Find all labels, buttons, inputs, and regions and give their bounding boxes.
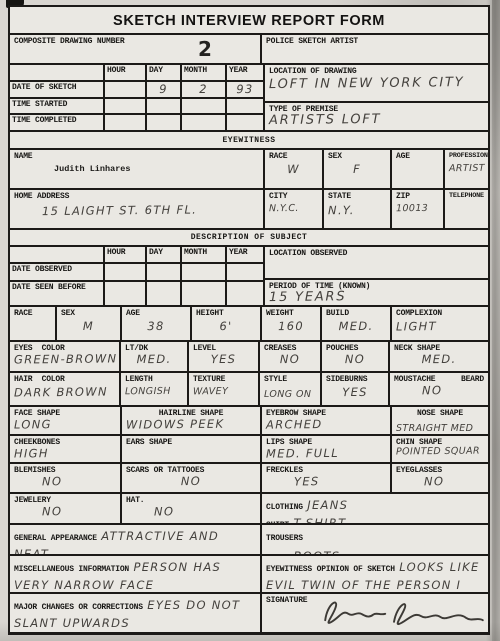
- composite-drawing-number-cell: COMPOSITE DRAWING NUMBER 2: [10, 35, 262, 63]
- eyebrow-shape-cell: EYEBROW SHAPE ARCHED: [262, 407, 392, 434]
- profession-cell: PROFESSION ARTIST: [445, 150, 488, 188]
- witness-sex-cell: SEX F: [324, 150, 392, 188]
- face-shape-row: FACE SHAPE LONG HAIRLINE SHAPE WIDOWS PE…: [10, 407, 488, 436]
- cheekbones-row: CHEEKBONES HIGH EARS SHAPE LIPS SHAPE ME…: [10, 436, 488, 464]
- hair-length-cell: LENGTH LONGISH: [121, 373, 189, 405]
- observed-day-header: DAY: [147, 247, 182, 262]
- period-of-time-value: 15 YEARS: [269, 290, 484, 304]
- location-of-drawing-value: LOFT IN NEW YORK CITY: [269, 77, 484, 91]
- year-header: YEAR: [227, 65, 263, 80]
- time-started-row: TIME STARTED: [10, 99, 263, 115]
- date-of-sketch-label-cell: DATE OF SKETCH: [10, 82, 105, 97]
- major-changes-cell: MAJOR CHANGES OR CORRECTIONS EYES DO NOT…: [10, 594, 262, 632]
- date-seen-before-hour: [105, 282, 147, 305]
- hair-texture-value: WAVEY: [193, 387, 254, 398]
- pouches-value: NO: [326, 353, 384, 366]
- general-appearance-row: GENERAL APPEARANCE ATTRACTIVE AND NEAT T…: [10, 525, 488, 556]
- scars-tattoos-cell: SCARS OR TATTOOES NO: [122, 464, 262, 492]
- eyeglasses-cell: EYEGLASSES NO: [392, 464, 488, 492]
- hair-color-cell: HAIR COLOR DARK BROWN: [10, 373, 121, 405]
- location-observed-period-cell: LOCATION OBSERVED PERIOD OF TIME (KNOWN)…: [265, 247, 488, 305]
- witness-race-value: W: [269, 163, 318, 176]
- hair-style-value: LONG ON TOP: [264, 389, 311, 405]
- date-of-sketch-day: 9: [147, 82, 182, 97]
- witness-age-cell: AGE: [392, 150, 445, 188]
- witness-sex-value: F: [328, 163, 386, 176]
- home-address-cell: HOME ADDRESS 15 LAIGHT ST. 6TH FL.: [10, 190, 265, 228]
- date-observed-label-cell: DATE OBSERVED: [10, 264, 105, 280]
- sketch-interview-report-form: SKETCH INTERVIEW REPORT FORM COMPOSITE D…: [8, 5, 490, 635]
- type-of-premise-value: ARTISTS LOFT: [269, 113, 484, 127]
- pouches-cell: POUCHES NO: [322, 342, 390, 371]
- location-observed-cell: LOCATION OBSERVED: [265, 247, 488, 280]
- height-value: 6': [196, 320, 256, 333]
- hour-header: HOUR: [105, 65, 147, 80]
- blemishes-cell: BLEMISHES NO: [10, 464, 122, 492]
- eyes-color-value: GREEN-BROWN: [14, 352, 115, 365]
- lips-shape-value: MED. FULL: [266, 446, 386, 459]
- moustache-value: NO: [422, 384, 484, 397]
- sketch-date-row: HOUR DAY MONTH YEAR DATE OF SKETCH 9 2 9…: [10, 65, 488, 132]
- subject-sex-value: M: [61, 320, 116, 333]
- jewelery-cell: JEWELERY NO: [10, 494, 122, 523]
- home-address-value: 15 LAIGHT ST. 6TH FL.: [42, 203, 259, 217]
- subject-age-value: 38: [126, 320, 186, 333]
- eyeglasses-value: NO: [424, 475, 484, 488]
- blemishes-value: NO: [42, 475, 116, 488]
- creases-cell: CREASES NO: [260, 342, 322, 371]
- time-completed-row: TIME COMPLETED: [10, 115, 263, 130]
- name-label: NAME: [14, 152, 259, 161]
- trousers-shoes-cell: TROUSERS SHOES BOOTS: [262, 525, 488, 554]
- composite-drawing-number-label: COMPOSITE DRAWING NUMBER: [14, 37, 256, 46]
- lt-dk-cell: LT/DK MED.: [121, 342, 189, 371]
- zip-cell: ZIP 10013: [392, 190, 445, 228]
- scanned-page-background: SKETCH INTERVIEW REPORT FORM COMPOSITE D…: [0, 0, 500, 641]
- day-header: DAY: [147, 65, 182, 80]
- eyes-row: EYES COLOR GREEN-BROWN LT/DK MED. LEVEL …: [10, 342, 488, 373]
- eyewitness-heading-row: EYEWITNESS: [10, 132, 488, 150]
- subject-race-cell: RACE: [10, 307, 57, 340]
- eyewitness-name-row: NAME Judith Linhares RACE W SEX F AGE PR…: [10, 150, 488, 190]
- description-heading-row: DESCRIPTION OF SUBJECT: [10, 230, 488, 247]
- date-seen-before-label-cell: DATE SEEN BEFORE: [10, 282, 105, 305]
- height-cell: HEIGHT 6': [192, 307, 262, 340]
- clothing-shirt-cell: CLOTHING JEANS SHIRT T-SHIRT: [262, 494, 488, 523]
- observed-header-spacer: [10, 247, 105, 262]
- observed-date-row: HOUR DAY MONTH YEAR DATE OBSERVED DATE S…: [10, 247, 488, 307]
- level-cell: LEVEL YES: [189, 342, 260, 371]
- hair-texture-cell: TEXTURE WAVEY: [189, 373, 260, 405]
- weight-cell: WEIGHT 160: [262, 307, 322, 340]
- observed-hour-header: HOUR: [105, 247, 147, 262]
- signature-handwriting: [314, 596, 486, 630]
- observed-header-row: HOUR DAY MONTH YEAR: [10, 247, 263, 264]
- complexion-value: LIGHT: [396, 320, 484, 333]
- nose-shape-cell: NOSE SHAPE STRAIGHT MED NARROW: [392, 407, 488, 434]
- eyewitness-opinion-cell: EYEWITNESS OPINION OF SKETCH LOOKS LIKE …: [262, 556, 488, 592]
- date-observed-year: [227, 264, 263, 280]
- neck-shape-cell: NECK SHAPE MED.: [390, 342, 488, 371]
- location-premise-stack: LOCATION OF DRAWING LOFT IN NEW YORK CIT…: [265, 65, 488, 130]
- build-value: MED.: [326, 320, 386, 333]
- hair-length-value: LONGISH: [125, 387, 183, 398]
- hat-value: NO: [154, 504, 256, 517]
- name-cell: NAME Judith Linhares: [10, 150, 265, 188]
- time-completed-day: [147, 115, 182, 130]
- freckles-value: YES: [294, 475, 386, 488]
- time-completed-year: [227, 115, 263, 130]
- shoes-line: SHOES BOOTS: [266, 547, 484, 554]
- subject-age-cell: AGE 38: [122, 307, 192, 340]
- date-of-sketch-month: 2: [182, 82, 227, 97]
- location-of-drawing-cell: LOCATION OF DRAWING LOFT IN NEW YORK CIT…: [265, 65, 488, 103]
- clothing-value: JEANS: [307, 498, 348, 512]
- cheekbones-value: HIGH: [14, 446, 116, 459]
- date-observed-hour: [105, 264, 147, 280]
- observed-year-header: YEAR: [227, 247, 263, 262]
- zip-value: 10013: [396, 204, 439, 214]
- police-sketch-artist-cell: POLICE SKETCH ARTIST: [262, 35, 488, 63]
- title-row: SKETCH INTERVIEW REPORT FORM: [10, 7, 488, 35]
- sideburns-value: YES: [326, 386, 384, 399]
- sketch-date-table-stack: HOUR DAY MONTH YEAR DATE OF SKETCH 9 2 9…: [10, 65, 263, 130]
- trousers-line: TROUSERS: [266, 527, 484, 545]
- scars-tattoos-value: NO: [126, 474, 256, 487]
- city-cell: CITY N.Y.C.: [265, 190, 324, 228]
- clothing-line: CLOTHING JEANS: [266, 496, 484, 514]
- shirt-value: T-SHIRT: [293, 516, 346, 523]
- shoes-value: BOOTS: [293, 549, 340, 554]
- chin-shape-cell: CHIN SHAPE POINTED SQUAR: [392, 436, 488, 462]
- eyes-color-cell: EYES COLOR GREEN-BROWN: [10, 342, 121, 371]
- time-started-hour: [105, 99, 147, 113]
- period-of-time-cell: PERIOD OF TIME (KNOWN) 15 YEARS: [265, 280, 488, 305]
- ears-shape-cell: EARS SHAPE: [122, 436, 262, 462]
- time-started-label-cell: TIME STARTED: [10, 99, 105, 113]
- hairline-shape-cell: HAIRLINE SHAPE WIDOWS PEEK: [122, 407, 262, 434]
- date-header-spacer: [10, 65, 105, 80]
- form-title: SKETCH INTERVIEW REPORT FORM: [10, 7, 488, 33]
- major-changes-signature-row: MAJOR CHANGES OR CORRECTIONS EYES DO NOT…: [10, 594, 488, 632]
- state-value: N.Y.: [328, 204, 386, 217]
- date-seen-before-month: [182, 282, 227, 305]
- date-of-sketch-row: DATE OF SKETCH 9 2 93: [10, 82, 263, 99]
- face-shape-value: LONG: [14, 417, 116, 430]
- level-value: YES: [193, 353, 254, 366]
- freckles-cell: FRECKLES YES: [262, 464, 392, 492]
- miscellaneous-information-cell: MISCELLANEOUS INFORMATION PERSON HAS VER…: [10, 556, 262, 592]
- date-of-sketch-year: 93: [227, 82, 263, 97]
- hat-cell: HAT. NO: [122, 494, 262, 523]
- build-cell: BUILD MED.: [322, 307, 392, 340]
- date-of-sketch-hour: [105, 82, 147, 97]
- sketch-date-table: HOUR DAY MONTH YEAR DATE OF SKETCH 9 2 9…: [10, 65, 265, 130]
- complexion-cell: COMPLEXION LIGHT: [392, 307, 488, 340]
- subject-sex-cell: SEX M: [57, 307, 122, 340]
- date-observed-month: [182, 264, 227, 280]
- jewelery-value: NO: [42, 505, 116, 518]
- composite-artist-row: COMPOSITE DRAWING NUMBER 2 POLICE SKETCH…: [10, 35, 488, 65]
- lips-shape-cell: LIPS SHAPE MED. FULL: [262, 436, 392, 462]
- observed-month-header: MONTH: [182, 247, 227, 262]
- type-of-premise-cell: TYPE OF PREMISE ARTISTS LOFT: [265, 103, 488, 130]
- lt-dk-value: MED.: [125, 353, 183, 366]
- face-shape-cell: FACE SHAPE LONG: [10, 407, 122, 434]
- date-observed-day: [147, 264, 182, 280]
- location-observed-stack: LOCATION OBSERVED PERIOD OF TIME (KNOWN)…: [265, 247, 488, 305]
- profession-value: ARTIST: [449, 164, 484, 174]
- eyewitness-section-heading: EYEWITNESS: [10, 132, 488, 148]
- observed-date-stack: HOUR DAY MONTH YEAR DATE OBSERVED DATE S…: [10, 247, 263, 305]
- state-cell: STATE N.Y.: [324, 190, 392, 228]
- name-value: Judith Linhares: [54, 164, 259, 174]
- hair-style-cell: STYLE LONG ON TOP: [260, 373, 322, 405]
- sideburns-cell: SIDEBURNS YES: [322, 373, 390, 405]
- general-appearance-cell: GENERAL APPEARANCE ATTRACTIVE AND NEAT: [10, 525, 262, 554]
- date-seen-before-row: DATE SEEN BEFORE: [10, 282, 263, 305]
- weight-value: 160: [266, 320, 316, 333]
- month-header: MONTH: [182, 65, 227, 80]
- home-address-row: HOME ADDRESS 15 LAIGHT ST. 6TH FL. CITY …: [10, 190, 488, 230]
- location-premise-cell: LOCATION OF DRAWING LOFT IN NEW YORK CIT…: [265, 65, 488, 130]
- police-sketch-artist-label: POLICE SKETCH ARTIST: [266, 37, 484, 46]
- date-header-row: HOUR DAY MONTH YEAR: [10, 65, 263, 82]
- date-seen-before-day: [147, 282, 182, 305]
- signature-cell: SIGNATURE: [262, 594, 488, 632]
- telephone-cell: TELEPHONE: [445, 190, 488, 228]
- eyebrow-shape-value: ARCHED: [266, 417, 386, 430]
- witness-race-cell: RACE W: [265, 150, 324, 188]
- time-completed-label-cell: TIME COMPLETED: [10, 115, 105, 130]
- time-completed-month: [182, 115, 227, 130]
- cheekbones-cell: CHEEKBONES HIGH: [10, 436, 122, 462]
- shirt-line: SHIRT T-SHIRT: [266, 514, 484, 523]
- date-observed-row: DATE OBSERVED: [10, 264, 263, 282]
- description-section-heading: DESCRIPTION OF SUBJECT: [10, 230, 488, 245]
- city-value: N.Y.C.: [269, 204, 318, 215]
- moustache-beard-cell: MOUSTACHE BEARD NO: [390, 373, 488, 405]
- chin-shape-value: POINTED SQUAR: [396, 447, 484, 458]
- nose-shape-value: STRAIGHT MED NARROW: [396, 423, 473, 434]
- time-started-month: [182, 99, 227, 113]
- creases-value: NO: [264, 353, 316, 366]
- observed-date-table: HOUR DAY MONTH YEAR DATE OBSERVED DATE S…: [10, 247, 265, 305]
- blemishes-row: BLEMISHES NO SCARS OR TATTOOES NO FRECKL…: [10, 464, 488, 494]
- physical-stats-row: RACE SEX M AGE 38 HEIGHT 6' WEIGHT 160 B…: [10, 307, 488, 342]
- date-seen-before-year: [227, 282, 263, 305]
- neck-shape-value: MED.: [394, 353, 484, 366]
- time-started-year: [227, 99, 263, 113]
- hairline-shape-value: WIDOWS PEEK: [126, 417, 256, 430]
- time-completed-hour: [105, 115, 147, 130]
- hair-color-value: DARK BROWN: [14, 385, 115, 398]
- scan-edge-smudge: [492, 0, 500, 641]
- miscellaneous-row: MISCELLANEOUS INFORMATION PERSON HAS VER…: [10, 556, 488, 594]
- hair-row: HAIR COLOR DARK BROWN LENGTH LONGISH TEX…: [10, 373, 488, 407]
- jewelery-hat-clothing-row: JEWELERY NO HAT. NO CLOTHING JEANS SHIRT…: [10, 494, 488, 525]
- time-started-day: [147, 99, 182, 113]
- composite-drawing-number-value: 2: [198, 38, 212, 60]
